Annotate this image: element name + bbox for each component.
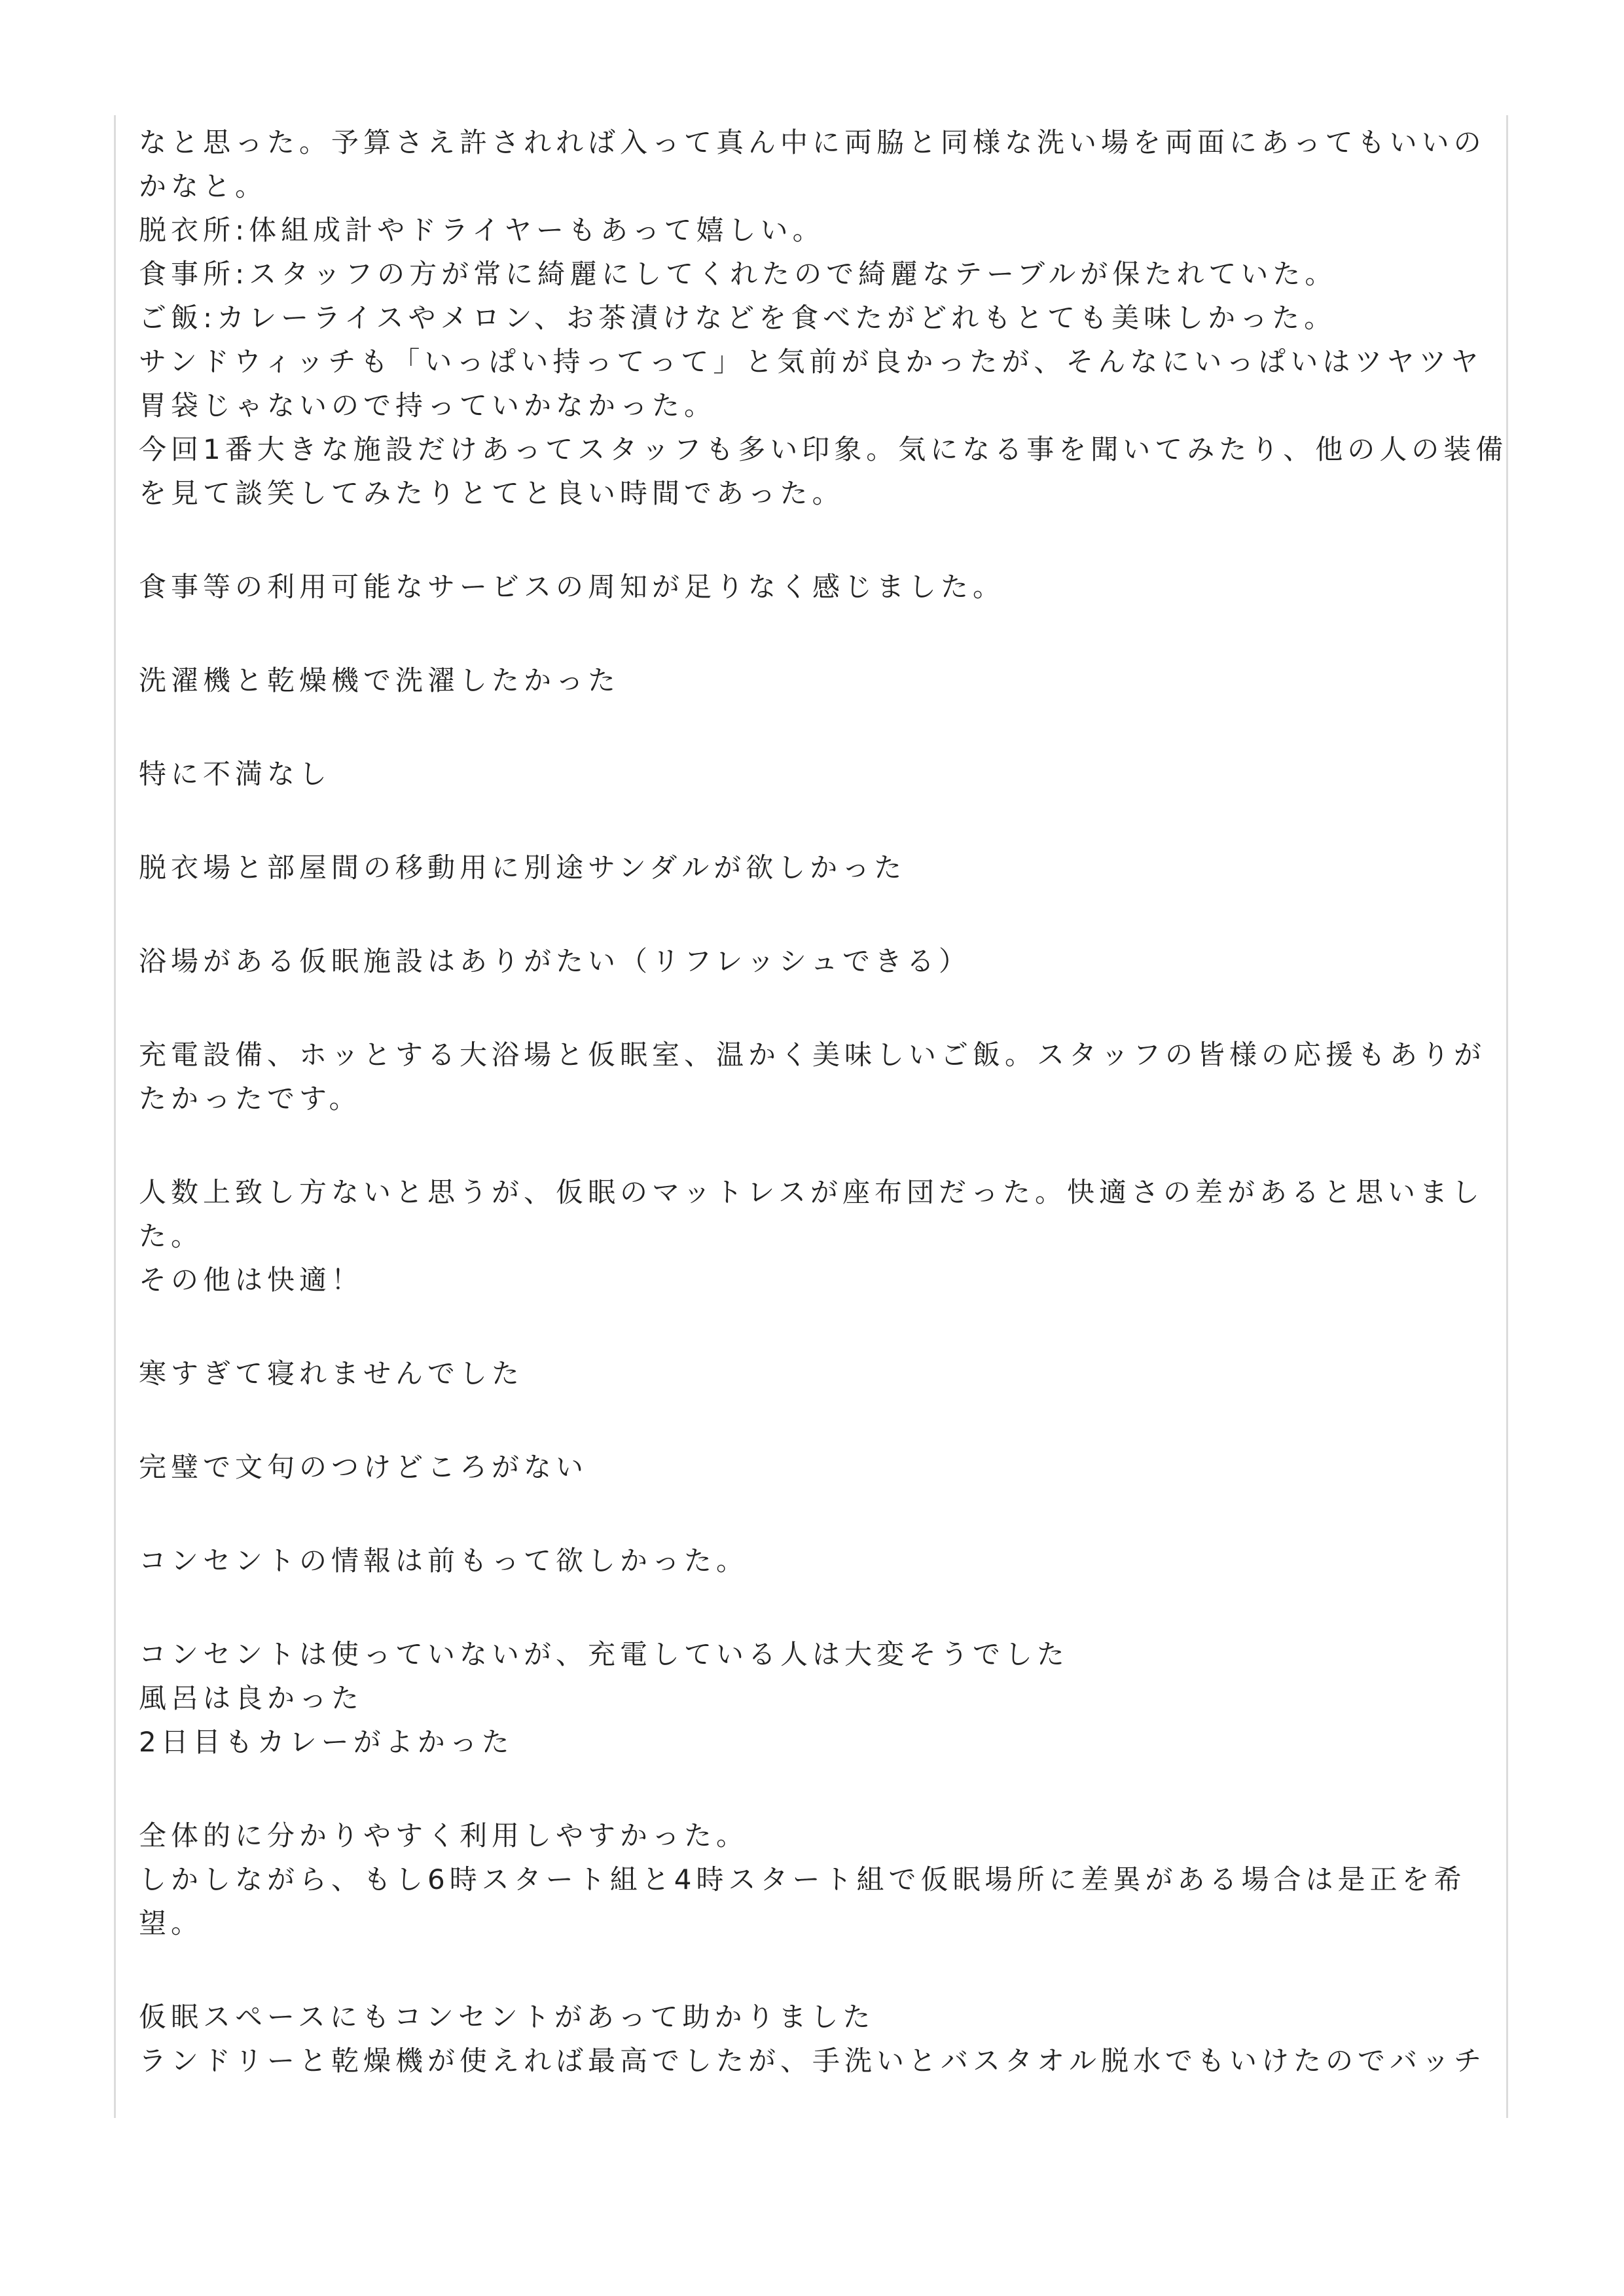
text-line: ランドリーと乾燥機が使えれば最高でしたが、手洗いとバスタオル脱水でもいけたのでバ…	[139, 2039, 1500, 2083]
feedback-paragraph: 浴場がある仮眠施設はありがたい（リフレッシュできる）	[139, 939, 1500, 983]
text-line: た。	[139, 1214, 1500, 1258]
text-line: 特に不満なし	[139, 752, 1500, 796]
document-body: なと思った。予算さえ許されれば入って真ん中に両脇と同様な洗い場を両面にあってもい…	[139, 120, 1500, 2132]
text-line: サンドウィッチも「いっぱい持ってって」と気前が良かったが、そんなにいっぱいはツヤ…	[139, 340, 1500, 384]
text-line: ご飯:カレーライスやメロン、お茶漬けなどを食べたがどれもとても美味しかった。	[139, 296, 1500, 340]
text-line: 完璧で文句のつけどころがない	[139, 1445, 1500, 1489]
text-line: 2日目もカレーがよかった	[139, 1720, 1500, 1764]
feedback-paragraph: 充電設備、ホッとする大浴場と仮眠室、温かく美味しいご飯。スタッフの皆様の応援もあ…	[139, 1033, 1500, 1121]
text-line: 洗濯機と乾燥機で洗濯したかった	[139, 658, 1500, 702]
text-line: を見て談笑してみたりとてと良い時間であった。	[139, 471, 1500, 515]
text-line: 食事所:スタッフの方が常に綺麗にしてくれたので綺麗なテーブルが保たれていた。	[139, 252, 1500, 296]
text-line: 全体的に分かりやすく利用しやすかった。	[139, 1814, 1500, 1857]
feedback-paragraph: コンセントの情報は前もって欲しかった。	[139, 1539, 1500, 1583]
text-line: コンセントの情報は前もって欲しかった。	[139, 1539, 1500, 1583]
text-line: 胃袋じゃないので持っていかなかった。	[139, 384, 1500, 427]
feedback-paragraph: なと思った。予算さえ許されれば入って真ん中に両脇と同様な洗い場を両面にあってもい…	[139, 120, 1500, 515]
text-line: 寒すぎて寝れませんでした	[139, 1352, 1500, 1395]
text-line: コンセントは使っていないが、充電している人は大変そうでした	[139, 1632, 1500, 1676]
text-line: 食事等の利用可能なサービスの周知が足りなく感じました。	[139, 565, 1500, 609]
feedback-paragraph: 仮眠スペースにもコンセントがあって助かりました ランドリーと乾燥機が使えれば最高…	[139, 1995, 1500, 2083]
feedback-paragraph: 寒すぎて寝れませんでした	[139, 1352, 1500, 1395]
feedback-paragraph: 完璧で文句のつけどころがない	[139, 1445, 1500, 1489]
text-line: しかしながら、もし6時スタート組と4時スタート組で仮眠場所に差異がある場合は是正…	[139, 1857, 1500, 1901]
text-line: なと思った。予算さえ許されれば入って真ん中に両脇と同様な洗い場を両面にあってもい…	[139, 120, 1500, 164]
feedback-paragraph: 脱衣場と部屋間の移動用に別途サンダルが欲しかった	[139, 846, 1500, 889]
feedback-paragraph: 全体的に分かりやすく利用しやすかった。 しかしながら、もし6時スタート組と4時ス…	[139, 1814, 1500, 1945]
text-line: かなと。	[139, 164, 1500, 208]
text-line: 人数上致し方ないと思うが、仮眠のマットレスが座布団だった。快適さの差があると思い…	[139, 1170, 1500, 1214]
feedback-paragraph: 食事等の利用可能なサービスの周知が足りなく感じました。	[139, 565, 1500, 609]
text-line: たかったです。	[139, 1077, 1500, 1121]
feedback-paragraph: 洗濯機と乾燥機で洗濯したかった	[139, 658, 1500, 702]
text-line: 脱衣所:体組成計やドライヤーもあって嬉しい。	[139, 208, 1500, 252]
text-line: 今回1番大きな施設だけあってスタッフも多い印象。気になる事を聞いてみたり、他の人…	[139, 427, 1500, 471]
text-line: 脱衣場と部屋間の移動用に別途サンダルが欲しかった	[139, 846, 1500, 889]
text-line: 望。	[139, 1901, 1500, 1945]
text-line: 仮眠スペースにもコンセントがあって助かりました	[139, 1995, 1500, 2039]
feedback-paragraph: 人数上致し方ないと思うが、仮眠のマットレスが座布団だった。快適さの差があると思い…	[139, 1170, 1500, 1302]
text-line: 風呂は良かった	[139, 1676, 1500, 1720]
feedback-paragraph: 特に不満なし	[139, 752, 1500, 796]
text-line: 充電設備、ホッとする大浴場と仮眠室、温かく美味しいご飯。スタッフの皆様の応援もあ…	[139, 1033, 1500, 1077]
feedback-paragraph: コンセントは使っていないが、充電している人は大変そうでした 風呂は良かった 2日…	[139, 1632, 1500, 1764]
text-line: その他は快適！	[139, 1258, 1500, 1302]
text-line: 浴場がある仮眠施設はありがたい（リフレッシュできる）	[139, 939, 1500, 983]
